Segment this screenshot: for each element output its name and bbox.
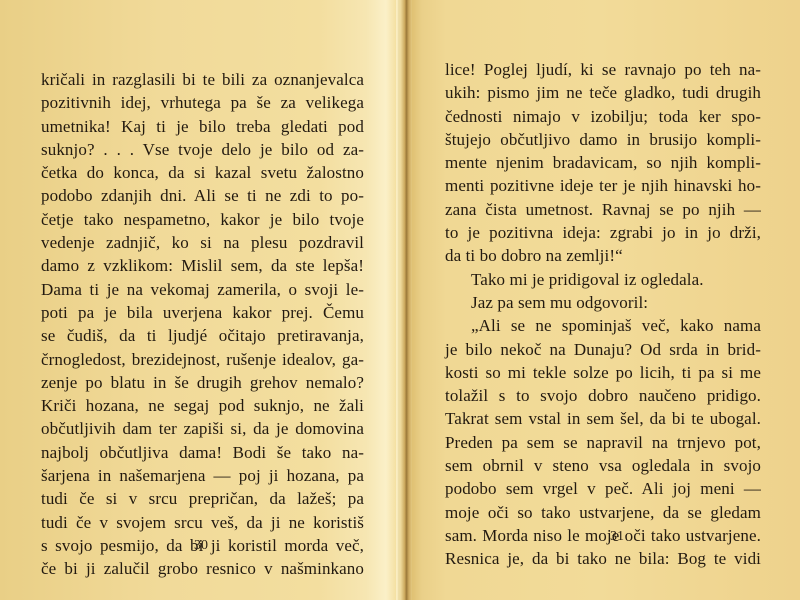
text-line: zenje po blatu in še drugih grehov nemal… (41, 371, 364, 394)
page-number-right: 31 (610, 529, 624, 545)
text-line: suknjo? . . . Vse tvoje delo je bilo od … (41, 138, 364, 161)
right-page-text: lice! Poglej ljudí, ki se ravnajo po teh… (445, 58, 761, 571)
text-line: to je pozitivna ideja: zgrabi jo in jo d… (445, 221, 761, 244)
text-line: čednosti nimajo v izobilju; toda ker spo… (445, 105, 761, 128)
text-line: pozitivnih idej, vrhutega pa še za velik… (41, 91, 364, 114)
text-line: se čudiš, da ti ljudjé očitajo pretirava… (41, 324, 364, 347)
text-line: damo z vzklikom: Mislil sem, da ste lepš… (41, 254, 364, 277)
text-line: podobo zdanjih dni. Ali se ti ne zdi to … (41, 184, 364, 207)
text-line: četje tako nespametno, kakor je bilo tvo… (41, 208, 364, 231)
text-line: Preden pa sem se napravil na trnjevo pot… (445, 431, 761, 454)
text-line: če bi ji zalučil grobo resnico v našmink… (41, 557, 364, 580)
left-page-text: kričali in razglasili bi te bili za ozna… (41, 68, 364, 581)
text-line: tudi če v svojem srcu veš, da ji ne kori… (41, 511, 364, 534)
text-line: da ti bo dobro na zemlji!“ (445, 244, 761, 267)
book-spread: kričali in razglasili bi te bili za ozna… (0, 0, 800, 600)
text-line: kosti so mi tekle solze po licih, ti pa … (445, 361, 761, 384)
text-line: tudi če si v srcu prepričan, da lažeš; p… (41, 487, 364, 510)
text-line: Dama ti je na vekomaj zamerila, o svoji … (41, 278, 364, 301)
text-line: najbolj občutljiva dama! Bodi še tako na… (41, 441, 364, 464)
text-line: šarjena in našemarjena — poj ji hozana, … (41, 464, 364, 487)
text-line: sam. Morda niso le moje oči tako ustvarj… (445, 524, 761, 547)
text-line: zana čista umetnost. Ravnaj se po njih — (445, 198, 761, 221)
left-page: kričali in razglasili bi te bili za ozna… (0, 0, 398, 600)
page-number-left: 30 (194, 538, 208, 554)
text-line: tolažil s to svojo dobro naučeno pridigo… (445, 384, 761, 407)
text-line: vedenje zadnjič, ko si na plesu pozdravi… (41, 231, 364, 254)
text-line: občutljivih dam ter zapiši si, da je dom… (41, 417, 364, 440)
text-line: „Ali se ne spominjaš več, kako nama (445, 314, 761, 337)
text-line: moje oči so tako ustvarjene, da se gleda… (445, 501, 761, 524)
text-line: Tako mi je pridigoval iz ogledala. (445, 268, 761, 291)
text-line: ukih: pismo jim ne teče gladko, tudi dru… (445, 81, 761, 104)
text-line: umetnika! Kaj ti je bilo treba gledati p… (41, 115, 364, 138)
text-line: je bilo nekoč na Dunaju? Od srda in brid… (445, 338, 761, 361)
text-line: četka do konca, da si kazal svetu žalost… (41, 161, 364, 184)
text-line: poti pa je bila uverjena kakor prej. Čem… (41, 301, 364, 324)
text-line: lice! Poglej ljudí, ki se ravnajo po teh… (445, 58, 761, 81)
text-line: kričali in razglasili bi te bili za ozna… (41, 68, 364, 91)
text-line: Takrat sem vstal in sem šel, da bi te ub… (445, 407, 761, 430)
text-line: menti pozitivne ideje ter je njih hinavs… (445, 174, 761, 197)
text-line: sem obrnil v steno vsa ogledala in svojo (445, 454, 761, 477)
text-line: podobo sem vrgel v peč. Ali joj meni — (445, 477, 761, 500)
text-line: črnogledost, brezidejnost, rušenje ideal… (41, 348, 364, 371)
text-line: Kriči hozana, ne segaj pod suknjo, ne ža… (41, 394, 364, 417)
text-line: mente njenim bradavicam, so njih kompli- (445, 151, 761, 174)
book-gutter (396, 0, 412, 600)
text-line: Resnica je, da bi tako ne bila: Bog te v… (445, 547, 761, 570)
text-line: Jaz pa sem mu odgovoril: (445, 291, 761, 314)
text-line: štujejo občutljivo damo in brusijo kompl… (445, 128, 761, 151)
